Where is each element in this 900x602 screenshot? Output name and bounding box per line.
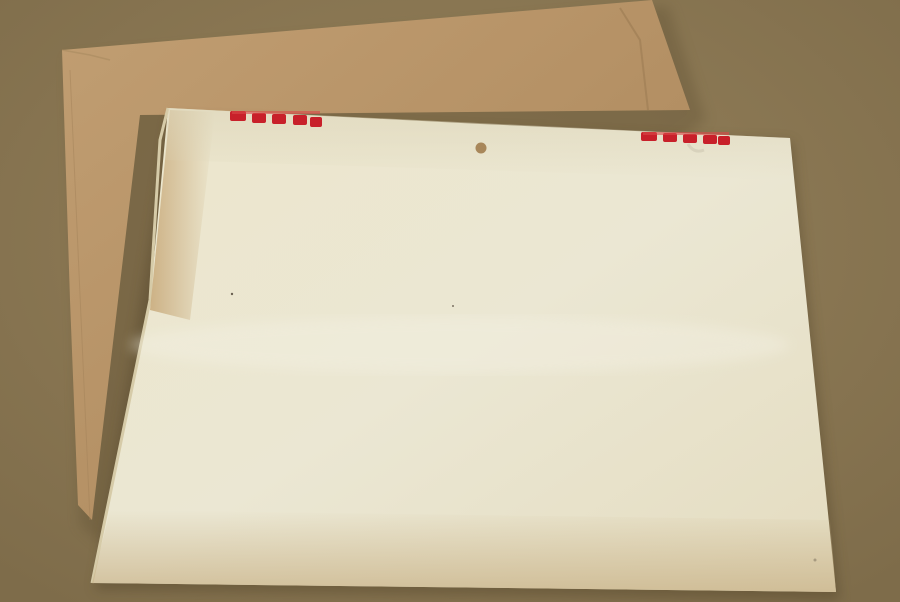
- scene-illustration: [0, 0, 900, 602]
- photo-scene: [0, 0, 900, 602]
- hanging-hole: [476, 143, 487, 154]
